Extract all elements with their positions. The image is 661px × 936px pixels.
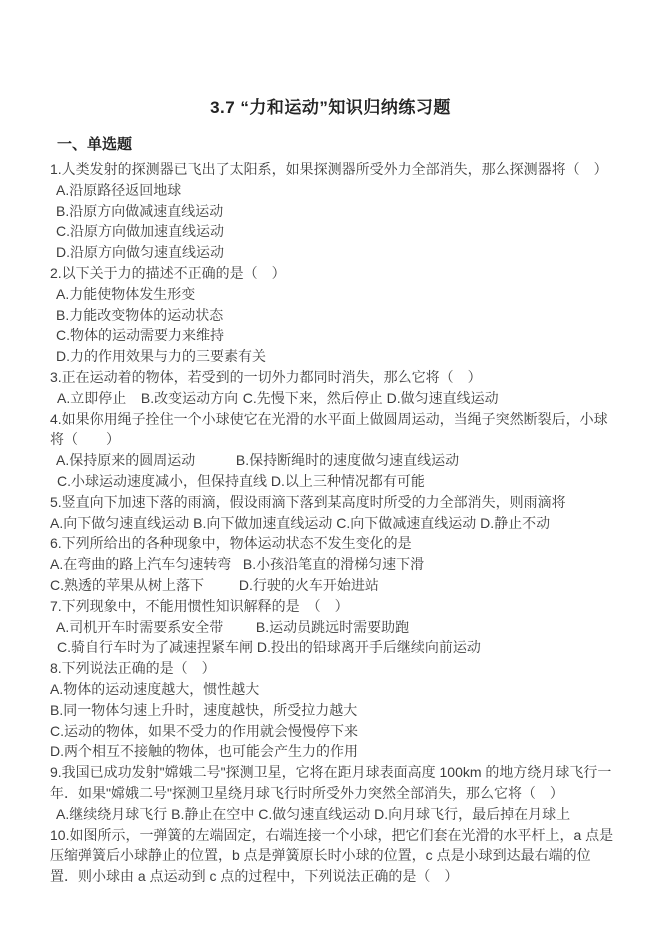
worksheet-page: 3.7 “力和运动”知识归纳练习题 一、单选题 1.人类发射的探测器已飞出了太阳… (0, 0, 661, 936)
question-5-option-a: A.向下做匀速直线运动 (50, 513, 189, 534)
question-8-option-b: B.同一物体匀速上升时，速度越快，所受拉力越大 (50, 700, 618, 721)
question-5: 5.竖直向下加速下落的雨滴，假设雨滴下落到某高度时所受的力全部消失，则雨滴将 A… (50, 492, 618, 534)
question-4-option-a: A.保持原来的圆周运动 (56, 450, 232, 471)
question-1-option-a: A.沿原路径返回地球 (50, 180, 618, 201)
question-4-options-row-2: C.小球运动速度减小，但保持直线 D.以上三种情况都有可能 (50, 471, 618, 492)
question-4-stem: 4.如果你用绳子拴住一个小球使它在光滑的水平面上做圆周运动，当绳子突然断裂后，小… (50, 409, 618, 451)
question-8-option-d: D.两个相互不接触的物体，也可能会产生力的作用 (50, 741, 618, 762)
question-8-option-c: C.运动的物体，如果不受力的作用就会慢慢停下来 (50, 721, 618, 742)
question-4: 4.如果你用绳子拴住一个小球使它在光滑的水平面上做圆周运动，当绳子突然断裂后，小… (50, 409, 618, 492)
question-6-options-row-1: A.在弯曲的路上汽车匀速转弯 B.小孩沿笔直的滑梯匀速下滑 (50, 554, 618, 575)
question-2: 2.以下关于力的描述不正确的是（ ） A.力能使物体发生形变 B.力能改变物体的… (50, 263, 618, 367)
question-9: 9.我国已成功发射"嫦娥二号"探测卫星，它将在距月球表面高度 100km 的地方… (50, 762, 618, 824)
question-8: 8.下列说法正确的是（ ） A.物体的运动速度越大，惯性越大 B.同一物体匀速上… (50, 658, 618, 762)
question-3-option-a: A.立即停止 (57, 388, 137, 409)
question-2-option-c: C.物体的运动需要力来维持 (50, 325, 618, 346)
question-6-options-row-2: C.熟透的苹果从树上落下 D.行驶的火车开始进站 (50, 575, 618, 596)
question-3-stem: 3.正在运动着的物体，若受到的一切外力都同时消失，那么它将（ ） (50, 367, 618, 388)
question-7-option-d: D.投出的铅球离开手后继续向前运动 (257, 637, 481, 658)
question-2-option-b: B.力能改变物体的运动状态 (50, 305, 618, 326)
question-8-stem: 8.下列说法正确的是（ ） (50, 658, 618, 679)
question-7-option-c: C.骑自行车时为了减速捏紧车闸 (57, 637, 253, 658)
question-9-stem: 9.我国已成功发射"嫦娥二号"探测卫星，它将在距月球表面高度 100km 的地方… (50, 762, 618, 804)
question-7-stem: 7.下列现象中，不能用惯性知识解释的是 （ ） (50, 596, 618, 617)
question-6-option-d: D.行驶的火车开始进站 (239, 575, 379, 596)
question-9-option-a: A.继续绕月球飞行 (56, 804, 167, 825)
question-1-option-c: C.沿原方向做加速直线运动 (50, 221, 618, 242)
question-7-option-b: B.运动员跳远时需要助跑 (256, 617, 409, 638)
question-4-options-row-1: A.保持原来的圆周运动 B.保持断绳时的速度做匀速直线运动 (50, 450, 618, 471)
question-7-options-row-1: A.司机开车时需要系安全带 B.运动员跳远时需要助跑 (50, 617, 618, 638)
question-1-stem: 1.人类发射的探测器已飞出了太阳系，如果探测器所受外力全部消失，那么探测器将（ … (50, 159, 618, 180)
question-4-option-c: C.小球运动速度减小，但保持直线 (57, 471, 267, 492)
question-5-option-b: B.向下做加速直线运动 (193, 513, 332, 534)
question-3-option-c: C.先慢下来，然后停止 (243, 388, 383, 409)
question-6-option-a: A.在弯曲的路上汽车匀速转弯 (50, 554, 239, 575)
question-1-option-d: D.沿原方向做匀速直线运动 (50, 242, 618, 263)
question-4-option-d: D.以上三种情况都有可能 (271, 471, 425, 492)
question-7-options-row-2: C.骑自行车时为了减速捏紧车闸 D.投出的铅球离开手后继续向前运动 (50, 637, 618, 658)
question-2-option-a: A.力能使物体发生形变 (50, 284, 618, 305)
question-2-option-d: D.力的作用效果与力的三要素有关 (50, 346, 618, 367)
question-6-stem: 6.下列所给出的各种现象中，物体运动状态不发生变化的是 (50, 533, 618, 554)
question-5-stem: 5.竖直向下加速下落的雨滴，假设雨滴下落到某高度时所受的力全部消失，则雨滴将 (50, 492, 618, 513)
question-1: 1.人类发射的探测器已飞出了太阳系，如果探测器所受外力全部消失，那么探测器将（ … (50, 159, 618, 263)
question-5-option-c: C.向下做减速直线运动 (336, 513, 476, 534)
question-1-option-b: B.沿原方向做减速直线运动 (50, 201, 618, 222)
question-6-option-c: C.熟透的苹果从树上落下 (50, 575, 235, 596)
section-heading: 一、单选题 (57, 133, 132, 154)
question-9-option-b: B.静止在空中 (171, 804, 254, 825)
question-7-option-a: A.司机开车时需要系安全带 (56, 617, 252, 638)
question-10: 10.如图所示，一弹簧的左端固定，右端连接一个小球，把它们套在光滑的水平杆上，a… (50, 825, 618, 887)
question-9-option-c: C.做匀速直线运动 (258, 804, 370, 825)
question-4-option-b: B.保持断绳时的速度做匀速直线运动 (236, 450, 459, 471)
question-6: 6.下列所给出的各种现象中，物体运动状态不发生变化的是 A.在弯曲的路上汽车匀速… (50, 533, 618, 595)
question-8-option-a: A.物体的运动速度越大，惯性越大 (50, 679, 618, 700)
question-3-option-d: D.做匀速直线运动 (387, 388, 499, 409)
question-3-option-b: B.改变运动方向 (141, 388, 239, 409)
question-2-stem: 2.以下关于力的描述不正确的是（ ） (50, 263, 618, 284)
question-3: 3.正在运动着的物体，若受到的一切外力都同时消失，那么它将（ ） A.立即停止 … (50, 367, 618, 409)
page-title: 3.7 “力和运动”知识归纳练习题 (0, 93, 661, 118)
question-5-options: A.向下做匀速直线运动 B.向下做加速直线运动 C.向下做减速直线运动 D.静止… (50, 513, 618, 534)
questions-list: 1.人类发射的探测器已飞出了太阳系，如果探测器所受外力全部消失，那么探测器将（ … (50, 159, 618, 887)
question-5-option-d: D.静止不动 (480, 513, 550, 534)
question-9-option-d: D.向月球飞行，最后掉在月球上 (374, 804, 570, 825)
question-10-stem: 10.如图所示，一弹簧的左端固定，右端连接一个小球，把它们套在光滑的水平杆上，a… (50, 825, 618, 887)
question-3-options: A.立即停止 B.改变运动方向 C.先慢下来，然后停止 D.做匀速直线运动 (50, 388, 618, 409)
question-6-option-b: B.小孩沿笔直的滑梯匀速下滑 (243, 554, 424, 575)
question-9-options: A.继续绕月球飞行 B.静止在空中 C.做匀速直线运动 D.向月球飞行，最后掉在… (50, 804, 618, 825)
question-7: 7.下列现象中，不能用惯性知识解释的是 （ ） A.司机开车时需要系安全带 B.… (50, 596, 618, 658)
